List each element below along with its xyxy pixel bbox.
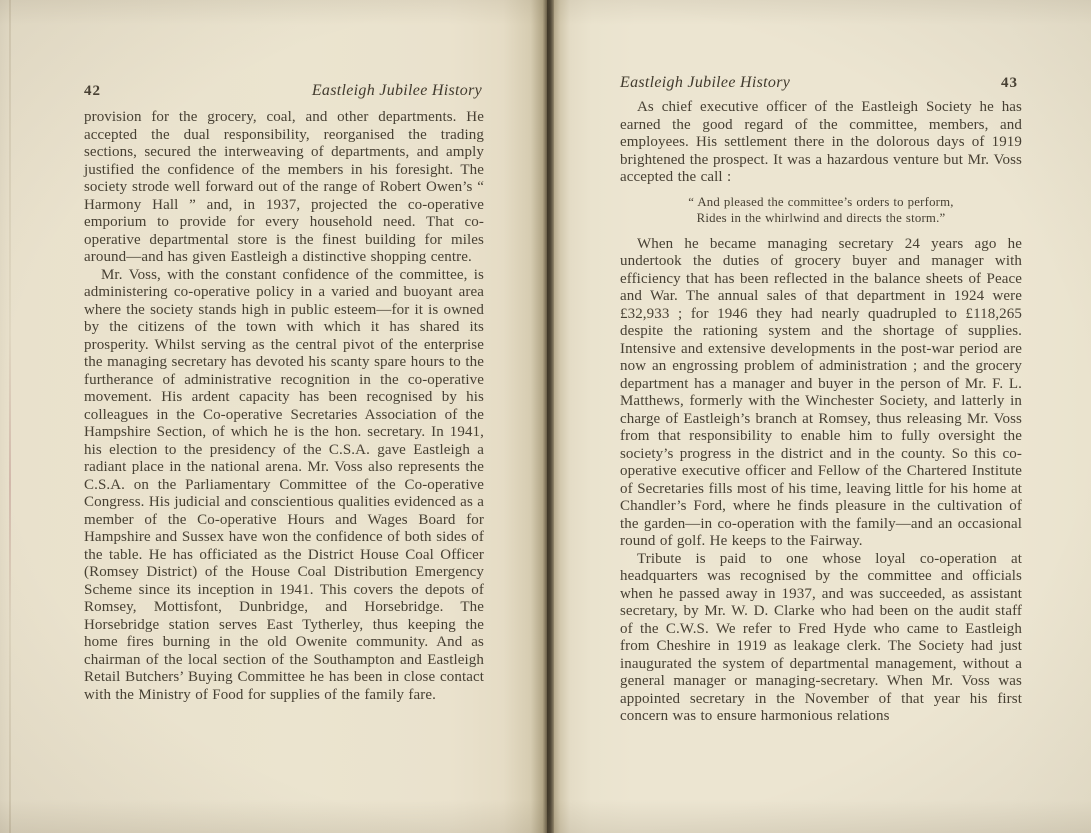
page-number-43: 43 <box>1001 75 1018 92</box>
page-42-body: provision for the grocery, coal, and oth… <box>84 109 484 704</box>
page-42-header: 42 Eastleigh Jubilee History <box>84 82 482 100</box>
page-number-42: 42 <box>84 83 101 100</box>
running-title-right: Eastleigh Jubilee History <box>620 74 790 92</box>
page-43-header: Eastleigh Jubilee History 43 <box>620 74 1018 92</box>
verse-quote-line-1: “ And pleased the committee’s orders to … <box>620 194 1022 211</box>
paragraph-continuation: provision for the grocery, coal, and oth… <box>84 109 484 267</box>
paragraph-tribute: Tribute is paid to one whose loyal co-op… <box>620 551 1022 726</box>
verse-quote-line-2: Rides in the whirlwind and directs the s… <box>620 210 1022 227</box>
page-edge-crease <box>9 0 11 833</box>
verse-quote: “ And pleased the committee’s orders to … <box>620 194 1022 227</box>
paragraph-chief-executive: As chief executive officer of the Eastle… <box>620 99 1022 187</box>
page-42: 42 Eastleigh Jubilee History provision f… <box>0 0 547 833</box>
page-43-body: As chief executive officer of the Eastle… <box>620 99 1022 726</box>
book-scan: 42 Eastleigh Jubilee History provision f… <box>0 0 1091 833</box>
paragraph-mr-voss: Mr. Voss, with the constant confidence o… <box>84 267 484 705</box>
paragraph-managing-secretary: When he became managing secretary 24 yea… <box>620 236 1022 551</box>
running-title-left: Eastleigh Jubilee History <box>312 82 482 100</box>
book-gutter-shadow <box>547 0 554 833</box>
page-43: Eastleigh Jubilee History 43 As chief ex… <box>554 0 1091 833</box>
